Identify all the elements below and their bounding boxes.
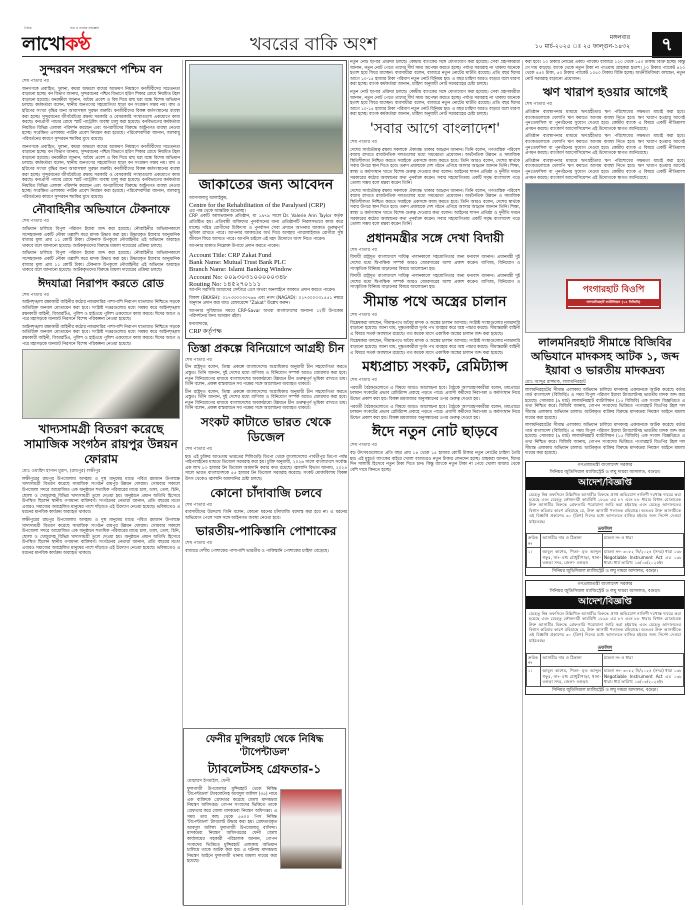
serial-cell: ১। — [527, 667, 541, 686]
continuation-note: শেষ পাতার পর — [350, 313, 520, 319]
notice-court: সিনিয়র জুডিসিয়াল ম্যাজিস্ট্রেট ও লঘু দ… — [526, 469, 684, 476]
article-body: অভিযান চালিয়ে বিপুল পরিমাণ ইয়াবা জব্দ … — [22, 251, 180, 273]
article-body: নতুন নোট ছাপার প্রক্রিয়া চলছে। কেন্দ্রী… — [350, 60, 520, 88]
notice-header: গণপ্রজাতন্ত্রী বাংলাদেশ সরকার — [526, 462, 684, 469]
schedule-table: ক্রমিক নং আসামীর নাম ও ঠিকানা মামলা নং ও… — [526, 533, 684, 567]
continuation-note: শেষ পাতার পর — [350, 248, 520, 254]
article-body: লক্ষীপুরের রায়পুর উপজেলায় অসহায় ও দুস… — [22, 518, 180, 557]
article-body: বিদায়ী রাষ্ট্রদূত বাংলাদেশে দায়িত্ব পা… — [350, 255, 520, 272]
case-cell: মামলা নং- ৩০৮২ সি/২০২৪ (সদর) ধারা ১৩৮ Ne… — [603, 667, 684, 686]
ad-body: CRP একটি অলাভজনক প্রতিষ্ঠান, যা ১৯৭৯ সাল… — [189, 214, 343, 242]
feni-drug-arrest-article: ফেনীর মুন্সিরহাট থেকে নিষিদ্ধ 'টাপেন্টাড… — [183, 728, 346, 906]
wheelchair-children-photo — [189, 64, 343, 174]
article-body: প্রতিষ্ঠান ব্যবস্থাপনার মাধ্যমে ঋণগ্রহীত… — [525, 134, 685, 156]
article-headline[interactable]: 'সবার আগে বাংলাদেশ' — [350, 121, 520, 138]
column-1: সুন্দরবন সংরক্ষণে পশ্চিম বন শেষ পাতার পর… — [22, 60, 180, 908]
article-body: নতুন নোট ছাপার প্রক্রিয়া চলছে। কেন্দ্রী… — [350, 90, 520, 118]
signboard-text: পংগারহাট বিওপি — [583, 285, 645, 295]
case-cell: মামলা নং- ৩০৮২ সি/২০২৪ (সদর) ধারা ১৩৮ Ne… — [603, 548, 684, 567]
notice-band: আদেশ/বিজ্ঞপ্তি — [526, 477, 684, 490]
masthead-divider — [22, 56, 682, 57]
logo-part2: কণ্ঠ — [65, 33, 89, 55]
byline: মোঃ ওয়াহিদ হাসান মুরাদ, (রায়পুর) লক্ষী… — [22, 469, 180, 475]
article-body: দেশের সার্বভৌমত্ব রক্ষায় সকলকে ঐক্যবদ্ধ… — [350, 189, 520, 228]
notice-body: যেহেতু নিম্ন তফসিলে উল্লিখিত আসামীর বিরু… — [526, 490, 684, 526]
article-body: বিদায়ী রাষ্ট্রদূত বাংলাদেশে দায়িত্ব পা… — [350, 274, 520, 291]
organization-name: Centre for the Rehabilitation of the Par… — [189, 202, 343, 209]
article-body: জনগণকে প্রবাহিত, খুলনা, কয়রা অঞ্চলে বাঘ… — [22, 145, 180, 201]
mobile-payment-info: বিকাশ (BKASH): ০১৭৩৩০০৩৩৭৬৬ এবং নগদ (NAG… — [189, 296, 343, 307]
weekday: মঙ্গলবার — [535, 33, 630, 42]
court-notice-1: গণপ্রজাতন্ত্রী বাংলাদেশ সরকার সিনিয়র জু… — [525, 461, 685, 576]
ad-headline: জাকাতের জন্য আবেদন — [189, 177, 343, 194]
article-body: হয়। এই চুক্তির আওতায় ভারতের শিলিগুড়ি … — [185, 455, 347, 483]
continuation-note: শেষ পাতার পর — [185, 358, 347, 364]
column-3: নতুন নোট ছাপার প্রক্রিয়া চলছে। কেন্দ্রী… — [350, 60, 520, 908]
signature: CRP কর্তৃপক্ষ — [189, 328, 343, 335]
byline: মোঃ আব্দুর রাজ্জাক, লালমনিরহাট — [525, 380, 685, 386]
arrested-man-photo — [280, 789, 342, 869]
routing-number: Routing No: ১৪৫২৭০১১১ — [189, 281, 343, 288]
ad-body: আপনি সরাসরি আমাদের সেন্টারে এসে অথবা অনল… — [189, 288, 343, 294]
continuation-note: শেষ পাতার পর — [185, 447, 347, 453]
article-headline[interactable]: সংকট কাটাতে ভারত থেকে ডিজেল — [185, 415, 347, 445]
column-divider — [522, 60, 523, 905]
continuation-note: শেষ পাতার পর — [22, 79, 180, 85]
continuation-note: শেষ পাতার পর — [22, 219, 180, 225]
article-headline[interactable]: প্রধানমন্ত্রীর সঙ্গে দেখা বিদায়ী — [350, 231, 520, 246]
article-body: লালমনিরহাটের সীমান্ত এলাকায় অভিযান চালি… — [525, 423, 685, 457]
logo-prefix: দৈনিক — [24, 26, 32, 32]
signboard-subtext: লালমনিরহাট ব্যাটালিয়ন (১৫ বিজিবি) — [568, 299, 659, 306]
column-divider — [348, 60, 349, 905]
article-body: চীন রাষ্ট্রদূত বলেন, তিস্তা প্রকল্পে বাং… — [185, 365, 347, 387]
page-number: ৭ — [652, 32, 682, 58]
food-distribution-photo — [22, 349, 180, 419]
article-headline[interactable]: ভারতীয়-পাকিস্তানি পোশাকের — [185, 524, 347, 539]
column-header: মামলা নং ও ধারা — [603, 653, 684, 667]
article-headline[interactable]: খাদ্যসামগ্রী বিতরণ করেছে সামাজিক সংগঠন র… — [22, 422, 180, 467]
court-notice-2: গণপ্রজাতন্ত্রী বাংলাদেশ সরকার সিনিয়র জু… — [525, 580, 685, 695]
article-body: প্রতিষ্ঠান ব্যবস্থাপনার মাধ্যমে ঋণগ্রহীত… — [525, 110, 685, 132]
column-header: ক্রমিক নং — [527, 653, 541, 667]
article-body: লালমনিরহাটের সীমান্ত এলাকায় অভিযান চালি… — [525, 388, 685, 422]
article-headline[interactable]: সুন্দরবন সংরক্ষণে পশ্চিম বন — [22, 63, 180, 77]
article-headline[interactable]: ঈদযাত্রা নিরাপদ করতে রোড — [22, 277, 180, 291]
article-body: পরবর্তী বৈঠকগুলোতে এ বিষয়ে আরও আলোচনা হ… — [350, 405, 520, 422]
ad-body: আপনার সুবিধামত সময়ে CRP-Savar অথবা বাংল… — [189, 309, 343, 320]
notice-footer: সিনিয়র জুডিসিয়াল ম্যাজিস্ট্রেট ও লঘু দ… — [526, 687, 684, 694]
article-body: জনগণকে প্রবাহিত, খুলনা, কয়রা অঞ্চলে বাঘ… — [22, 87, 180, 143]
article-headline[interactable]: নৌবাহিনীর অভিযানে টেকনাফে — [22, 203, 180, 217]
schedule-title: তফসিল — [526, 645, 684, 652]
article-headline[interactable]: ঈদে নতুন নোট ছাড়বে — [350, 424, 520, 441]
article-headline[interactable]: মধ্যপ্রাচ্য সংকট, রেমিট্যান্স — [350, 359, 520, 376]
continuation-note: শেষ পাতার পর — [350, 140, 520, 146]
date: ১০ মার্চ-২০২৫ ঃ ২৫ ফাল্গুন-১৪৩২ — [535, 42, 630, 51]
logo-part1: লাখো — [22, 33, 65, 55]
article-body: আইনশৃঙ্খলা রক্ষাকারী বাহিনীর কঠোর নজরদার… — [22, 300, 180, 322]
article-headline-line1[interactable]: ফেনীর মুন্সিরহাট থেকে নিষিদ্ধ 'টাপেন্টাড… — [187, 733, 342, 759]
date-block: মঙ্গলবার ১০ মার্চ-২০২৫ ঃ ২৫ ফাল্গুন-১৪৩২ — [535, 33, 630, 51]
branch-name: Branch Name: Islami Banking Window — [189, 266, 343, 273]
article-body: প্রতিষ্ঠান ব্যবস্থাপনার মাধ্যমে ঋণগ্রহীত… — [525, 159, 685, 181]
article-body: বাজারে দেশীয় পোশাকের পাশাপাশি ভারতীয় ও… — [185, 549, 347, 555]
continuation-note: শেষ পাতার পর — [350, 378, 520, 384]
serial-cell: ১। — [527, 548, 541, 567]
ad-body: আপনার যাকাত নিম্নোক্ত উপায়ে প্রদান করতে… — [189, 244, 343, 250]
bgb-seizure-photo: পংগারহাট বিওপি লালমনিরহাট ব্যাটালিয়ন (১… — [525, 183, 685, 333]
notice-body: যেহেতু নিম্ন তফসিলে উল্লিখিত আসামীর বিরু… — [526, 609, 684, 645]
photo-wrapper — [280, 789, 342, 869]
byline: মোহাম্মদ ইসমাইল, ফেনী — [187, 779, 342, 785]
accused-cell: আবুল কাশেম, পিতা- মৃত আব্দুল গফুর, সাং- … — [541, 667, 603, 686]
column-header: ক্রমিক নং — [527, 534, 541, 548]
continuation-note: শেষ পাতার পর — [525, 102, 685, 108]
notice-header: গণপ্রজাতন্ত্রী বাংলাদেশ সরকার — [526, 581, 684, 588]
continuation-note: শেষ পাতার পর — [185, 503, 347, 509]
column-header: আসামীর নাম ও ঠিকানা — [541, 653, 603, 667]
article-body: বড় উৎসবগুলোতে প্রতি বছর প্রায় ১৪ থেকে … — [350, 451, 520, 473]
table-row: ১। আবুল কাশেম, পিতা- মৃত আব্দুল গফুর, সা… — [527, 667, 684, 686]
zakat-appeal-ad: জাকাতের জন্য আবেদন আসসালামু আলাইকুম, Cen… — [185, 60, 347, 339]
continuation-note: শেষ পাতার পর — [185, 541, 347, 547]
article-headline[interactable]: লালমনিরহাট সীমান্তে বিজিবির অভিযানে মাদক… — [525, 336, 685, 378]
article-body: পরবর্তী বৈঠকগুলোতে এ বিষয়ে আরও আলোচনা হ… — [350, 386, 520, 403]
article-headline-line2[interactable]: ট্যাবলেটসহ গ্রেফতার-১ — [187, 762, 342, 777]
table-row: ১। আবুল কাশেম, পিতা- মৃত আব্দুল গফুর, সা… — [527, 548, 684, 567]
article-headline[interactable]: তিস্তা প্রকল্পে বিনিয়োগে আগ্রহী চীন — [185, 342, 347, 356]
schedule-title: তফসিল — [526, 526, 684, 533]
article-headline[interactable]: সীমান্ত পথে অস্ত্রের চালান — [350, 294, 520, 311]
article-body: ব্যবসায়ীদের উদ্দেশ্যে তিনি বলেন, কোনো ধ… — [185, 510, 347, 521]
bank-name: Bank Name: Mutual Trust Bank PLC — [189, 259, 343, 266]
article-headline[interactable]: ঋণ খারাপ হওয়ার আগেই — [525, 85, 685, 100]
masthead: দৈনিক সত্য ও ন্যায়ের প্রতিধ্বনি লাখোকণ্… — [0, 0, 700, 52]
continuation-note: শেষ পাতার পর — [350, 443, 520, 449]
newspaper-logo[interactable]: দৈনিক সত্য ও ন্যায়ের প্রতিধ্বনি লাখোকণ্… — [22, 30, 132, 52]
notice-band: আদেশ/বিজ্ঞপ্তি — [526, 596, 684, 609]
accused-cell: আবুল কাশেম, পিতা- মৃত আব্দুল গফুর, সাং- … — [541, 548, 603, 567]
column-header: আসামীর নাম ও ঠিকানা — [541, 534, 603, 548]
account-number: Account No: ০০৯৩০৩১০০০০০৩৪৮ — [189, 274, 343, 281]
column-header: মামলা নং ও ধারা — [603, 534, 684, 548]
column-4: করা হবে। ১০ টাকার নোটের একটি প্যাকেট বাজ… — [525, 60, 685, 908]
continuation-note: শেষ পাতার পর — [22, 293, 180, 299]
article-body: বিশ্লেষকরা বলছেন, সীমান্তপথে অবৈধ মাদক ও… — [350, 321, 520, 338]
article-body: বিশ্লেষকরা বলছেন, সীমান্তপথে অবৈধ মাদক ও… — [350, 339, 520, 356]
schedule-table: ক্রমিক নং আসামীর নাম ও ঠিকানা মামলা নং ও… — [526, 653, 684, 687]
article-headline[interactable]: কোনো চাঁদাবাজি চলবে — [185, 486, 347, 501]
article-body: চীন রাষ্ট্রদূত বলেন, তিস্তা প্রকল্পে বাং… — [185, 390, 347, 412]
article-body: লক্ষীপুরের রায়পুর উপজেলায় অসহায় ও দুস… — [22, 477, 180, 516]
article-body: আইনশৃঙ্খলা রক্ষাকারী বাহিনীর কঠোর নজরদার… — [22, 325, 180, 347]
logo-tagline: সত্য ও ন্যায়ের প্রতিধ্বনি — [70, 26, 99, 32]
article-body: করা হবে। ১০ টাকার নোটের একটি প্যাকেট বাজ… — [525, 60, 685, 82]
article-body: অভিযান চালিয়ে বিপুল পরিমাণ ইয়াবা জব্দ … — [22, 227, 180, 249]
notice-footer: সিনিয়র জুডিসিয়াল ম্যাজিস্ট্রেট ও লঘু দ… — [526, 568, 684, 575]
bop-signboard: পংগারহাট বিওপি লালমনিরহাট ব্যাটালিয়ন (১… — [566, 279, 661, 309]
notice-court: সিনিয়র জুডিসিয়াল ম্যাজিস্ট্রেট ও লঘু দ… — [526, 588, 684, 595]
article-body: দেশের সার্বভৌমত্ব রক্ষায় সকলকে ঐক্যবদ্ধ… — [350, 148, 520, 187]
account-title: Account Title: CRP Zakat Fund — [189, 252, 343, 259]
